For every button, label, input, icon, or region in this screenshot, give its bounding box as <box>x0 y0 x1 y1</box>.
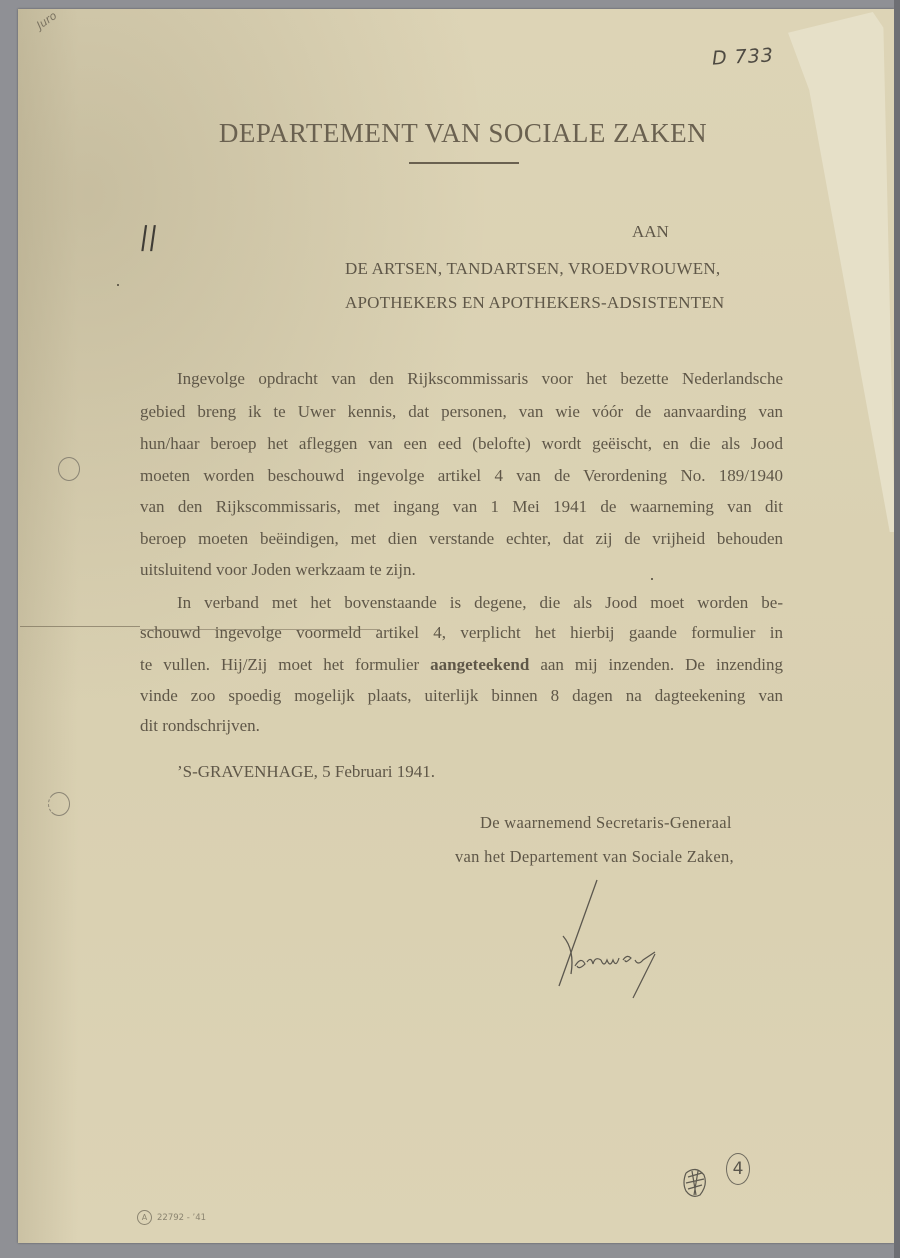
place-date: ’S-GRAVENHAGE, 5 Februari 1941. <box>177 762 435 782</box>
page-title: DEPARTEMENT VAN SOCIALE ZAKEN <box>0 118 900 149</box>
closing-line-2: van het Departement van Sociale Zaken, <box>455 847 734 867</box>
page-number: 4 <box>726 1153 750 1185</box>
body-line: dit rondschrijven. <box>140 716 783 736</box>
body-line: schouwd ingevolge voormeld artikel 4, ve… <box>140 623 783 643</box>
closing-line-1: De waarnemend Secretaris-Generaal <box>480 813 732 833</box>
punch-hole-icon <box>58 457 80 481</box>
title-divider <box>409 162 519 164</box>
body-line: uitsluitend voor Joden werkzaam te zijn. <box>140 560 783 580</box>
speck <box>117 284 119 286</box>
printer-code: 22792 - ’41 <box>157 1213 206 1223</box>
printer-mark: A 22792 - ’41 <box>137 1210 206 1225</box>
emphasis-text: aangeteekend <box>430 655 529 674</box>
body-line: gebied breng ik te Uwer kennis, dat pers… <box>140 402 783 422</box>
body-text: te vullen. Hij/Zij moet het formulier <box>140 655 430 674</box>
signature-icon <box>545 878 695 1003</box>
archive-reference: D 733 <box>711 44 774 69</box>
body-line: van den Rijkscommissaris, met ingang van… <box>140 497 783 517</box>
scribble-mark-icon <box>680 1165 710 1199</box>
body-line: beroep moeten beëindigen, met dien verst… <box>140 529 783 549</box>
addressee-to: AAN <box>632 222 669 242</box>
body-line: hun/haar beroep het afleggen van een eed… <box>140 434 783 454</box>
body-line: te vullen. Hij/Zij moet het formulier aa… <box>140 655 783 675</box>
punch-hole-icon <box>48 792 70 816</box>
speck <box>651 578 653 580</box>
body-line: In verband met het bovenstaande is degen… <box>177 593 783 613</box>
body-line: moeten worden beschouwd ingevolge artike… <box>140 466 783 486</box>
body-line: vinde zoo spoedig mogelijk plaats, uiter… <box>140 686 783 706</box>
body-line: Ingevolge opdracht van den Rijkscommissa… <box>177 369 783 389</box>
addressee-line-1: DE ARTSEN, TANDARTSEN, VROEDVROUWEN, <box>345 259 720 279</box>
scan-viewer: Juro D 733 DEPARTEMENT VAN SOCIALE ZAKEN… <box>0 0 900 1258</box>
addressee-line-2: APOTHEKERS EN APOTHEKERS-ADSISTENTEN <box>345 293 724 313</box>
printer-logo-icon: A <box>137 1210 152 1225</box>
scan-edge <box>894 0 900 1258</box>
fold-crease <box>20 626 140 627</box>
crease-line <box>140 629 380 630</box>
body-text: aan mij inzenden. De inzending <box>529 655 783 674</box>
